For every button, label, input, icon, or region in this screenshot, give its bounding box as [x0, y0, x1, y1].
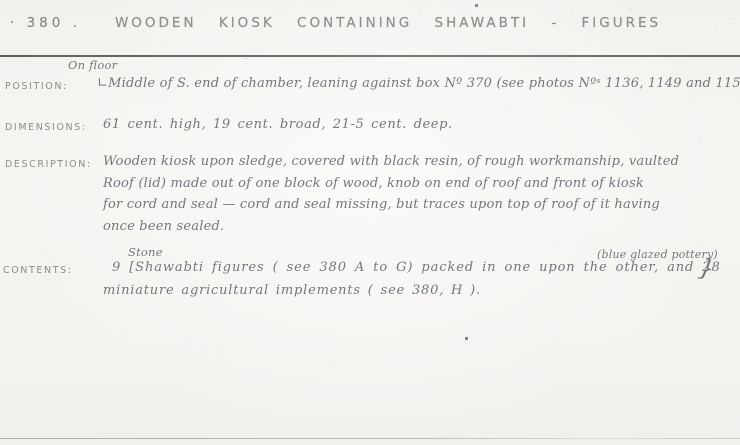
dimensions-text: 61 cent. high, 19 cent. broad, 21-5 cent… [103, 117, 453, 132]
description-line-1: Wooden kiosk upon sledge, covered with b… [103, 154, 679, 176]
contents-line-2: miniature agricultural implements ( see … [103, 283, 481, 298]
contents-insertion-stone: Stone [128, 245, 163, 259]
position-insertion-above: On floor [68, 58, 117, 72]
description-line-3: for cord and seal — cord and seal missin… [103, 197, 679, 219]
description-text: Wooden kiosk upon sledge, covered with b… [103, 154, 679, 240]
contents-line-1: 9 [Shawabti figures ( see 380 A to G) pa… [112, 260, 721, 275]
dimensions-label: DIMENSIONS: [5, 122, 87, 133]
paper-specks [0, 0, 1, 1]
record-card: · 380 .WOODEN KIOSK CONTAINING SHAWABTI … [0, 0, 740, 445]
position-label: POSITION: [5, 81, 68, 92]
contents-label: CONTENTS: [3, 265, 73, 276]
description-line-4: once been sealed. [103, 219, 679, 241]
ruled-line-bottom [0, 438, 740, 439]
title-row: · 380 .WOODEN KIOSK CONTAINING SHAWABTI … [10, 15, 661, 31]
description-line-2: Roof (lid) made out of one block of wood… [103, 176, 679, 198]
catalog-number: · 380 . [10, 15, 81, 31]
position-text: ∟Middle of S. end of chamber, leaning ag… [97, 76, 740, 91]
description-label: DESCRIPTION: [5, 159, 92, 170]
ruled-line-top [0, 55, 740, 57]
card-title: WOODEN KIOSK CONTAINING SHAWABTI - FIGUR… [115, 15, 661, 31]
